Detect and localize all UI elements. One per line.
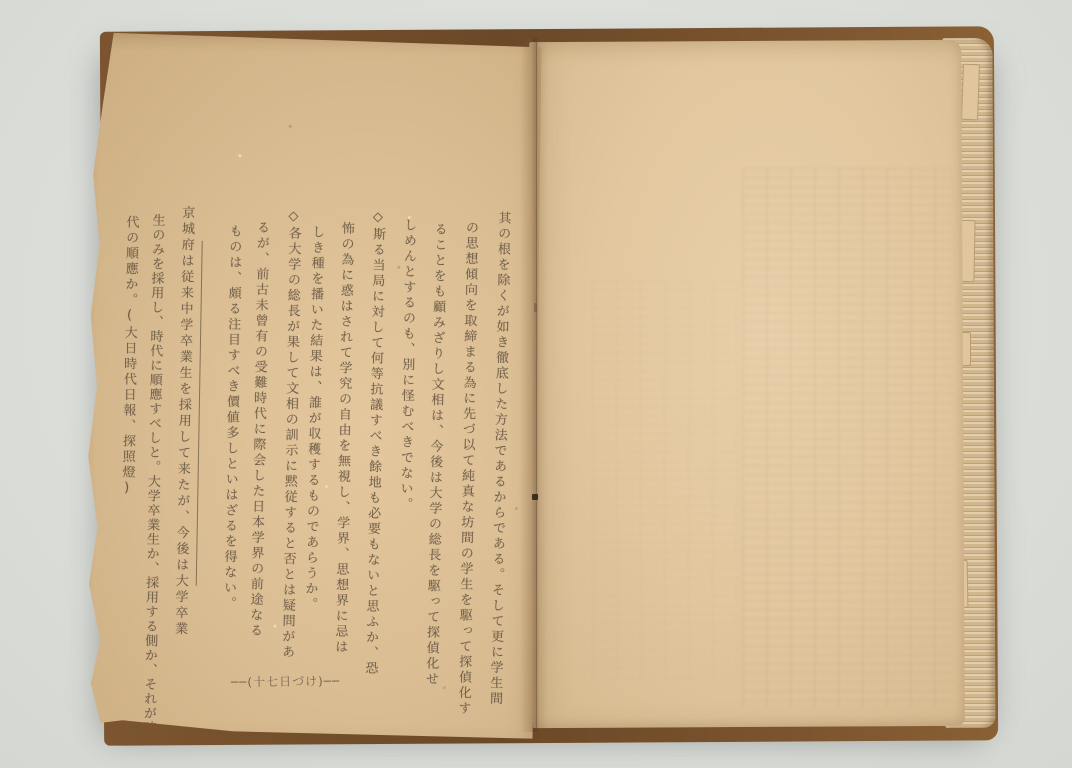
manuscript-column: ることをも顧みざりし文相は、今後は大学の総長を駆って探偵化せ bbox=[421, 222, 449, 687]
manuscript-column: るが、前古未曾有の受難時代に際会した日本学界の前途なる bbox=[245, 220, 271, 639]
binding-notch bbox=[534, 303, 537, 312]
ink-bleedthrough bbox=[742, 168, 954, 708]
manuscript-column: ◇各大学の総長が果して文相の訓示に黙従すると否とは疑問があ bbox=[277, 209, 303, 661]
manuscript-column: 其の根を除くが如き徹底した方法であるからである。そして更に学生間 bbox=[485, 211, 513, 707]
manuscript-column: ◇斯る当局に対して何等抗議すべき餘地も必要もないと思ふか、恐 bbox=[360, 210, 387, 677]
manuscript-column: 生のみを採用し、時代に順應すべしと。大学卒業生か、採用する側か、それが時 bbox=[139, 213, 167, 735]
binding-hole bbox=[532, 494, 538, 500]
ink-bleedthrough bbox=[592, 280, 742, 680]
manuscript-column: しき種を播いた結果は、誰が収穫するものであらうか。 bbox=[300, 225, 326, 613]
manuscript-column: ものは、頗る注目すべき價値多しといはざるを得ない。 bbox=[219, 224, 244, 612]
emphasis-side-line bbox=[196, 241, 203, 586]
page-edge-tab bbox=[961, 64, 980, 121]
manuscript-column: の思想傾向を取締まる為に先づ以て純真な坊間の学生を駆って探偵化す bbox=[453, 221, 480, 717]
manuscript-column: 怖の為に惑はされて学究の自由を無視し、学界、思想界に忌は bbox=[330, 221, 356, 655]
gutter-shadow bbox=[520, 38, 548, 732]
manuscript-column: しめんとするのも、別に怪むべきでない。 bbox=[395, 218, 418, 513]
open-manuscript-book-photo: 其の根を除くが如き徹底した方法であるからである。そして更に学生間 の思想傾向を取… bbox=[0, 0, 1072, 768]
left-page-manuscript: 其の根を除くが如き徹底した方法であるからである。そして更に学生間 の思想傾向を取… bbox=[82, 33, 541, 745]
handwritten-text-block: 其の根を除くが如き徹底した方法であるからである。そして更に学生間 の思想傾向を取… bbox=[82, 33, 541, 745]
manuscript-column: 代の順應か。(大日時代日報、探照燈) bbox=[117, 215, 140, 498]
centre-fold-line bbox=[536, 42, 537, 728]
manuscript-column: 京城府は従来中学卒業生を採用して来たが、今後は大学卒業 bbox=[170, 206, 197, 638]
source-date-note: ──(十七日づけ)── bbox=[231, 672, 340, 690]
